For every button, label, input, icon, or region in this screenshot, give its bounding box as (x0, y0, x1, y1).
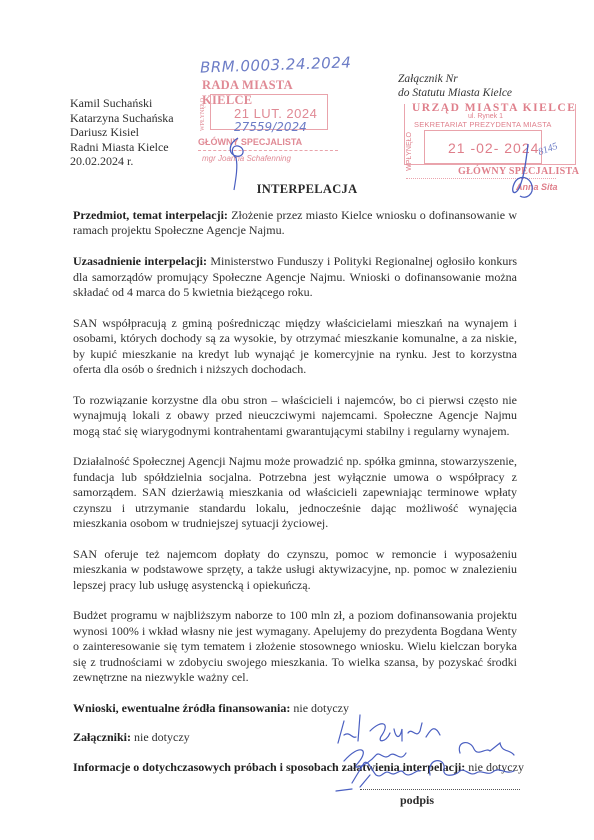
subject-section: Przedmiot, temat interpelacji: Złożenie … (73, 208, 517, 239)
stamp-side-label: WPŁYNĘŁO (406, 132, 413, 171)
signature-line (360, 789, 520, 790)
annex-line-2: do Statutu Miasta Kielce (398, 86, 512, 100)
stamp-address: ul. Rynek 1 (468, 113, 503, 120)
city-hall-received-stamp: URZĄD MIASTA KIELCE ul. Rynek 1 SEKRETAR… (404, 104, 582, 188)
justification-section: Uzasadnienie interpelacji: Ministerstwo … (73, 254, 517, 300)
authors-block: Kamil Suchański Katarzyna Suchańska Dari… (70, 96, 174, 169)
funding-label: Wnioski, ewentualne źródła finansowania: (73, 701, 290, 715)
body-paragraph: Budżet programu w najbliższym naborze to… (73, 608, 517, 685)
body-paragraph: SAN oferuje też najemcom dopłaty do czyn… (73, 547, 517, 593)
stamp-department: SEKRETARIAT PREZYDENTA MIASTA (414, 120, 552, 129)
subject-label: Przedmiot, temat interpelacji: (73, 208, 228, 222)
body-paragraph: To rozwiązanie korzystne dla obu stron –… (73, 393, 517, 439)
annex-header: Załącznik Nr do Statutu Miasta Kielce (398, 72, 512, 100)
document-date: 20.02.2024 r. (70, 154, 174, 169)
stamp-date: 21 LUT. 2024 (234, 106, 317, 121)
document-body: Przedmiot, temat interpelacji: Złożenie … (73, 208, 517, 791)
author-name: Kamil Suchański (70, 96, 174, 111)
council-received-stamp: RADA MIASTA KIELCE WPŁYNĘŁO 21 LUT. 2024… (198, 76, 344, 168)
justification-label: Uzasadnienie interpelacji: (73, 254, 207, 268)
body-paragraph: SAN współpracują z gminą pośrednicząc mi… (73, 316, 517, 378)
signature-label: podpis (400, 793, 434, 808)
attachments-label: Załączniki: (73, 730, 131, 744)
attachments-text: nie dotyczy (131, 730, 190, 744)
council-reference-number: BRM.0003.24.2024 (200, 53, 352, 76)
author-name: Katarzyna Suchańska (70, 111, 174, 126)
stamp-side-label: WPŁYNĘŁO (200, 98, 206, 131)
document-title: INTERPELACJA (0, 182, 594, 197)
author-role: Radni Miasta Kielce (70, 140, 174, 155)
stamp-divider (198, 150, 338, 151)
handwritten-signatures-icon (330, 713, 530, 793)
author-name: Dariusz Kisiel (70, 125, 174, 140)
annex-line-1: Załącznik Nr (398, 72, 512, 86)
body-paragraph: Działalność Społecznej Agencji Najmu moż… (73, 454, 517, 531)
registration-number: 27559/2024 (234, 120, 307, 134)
